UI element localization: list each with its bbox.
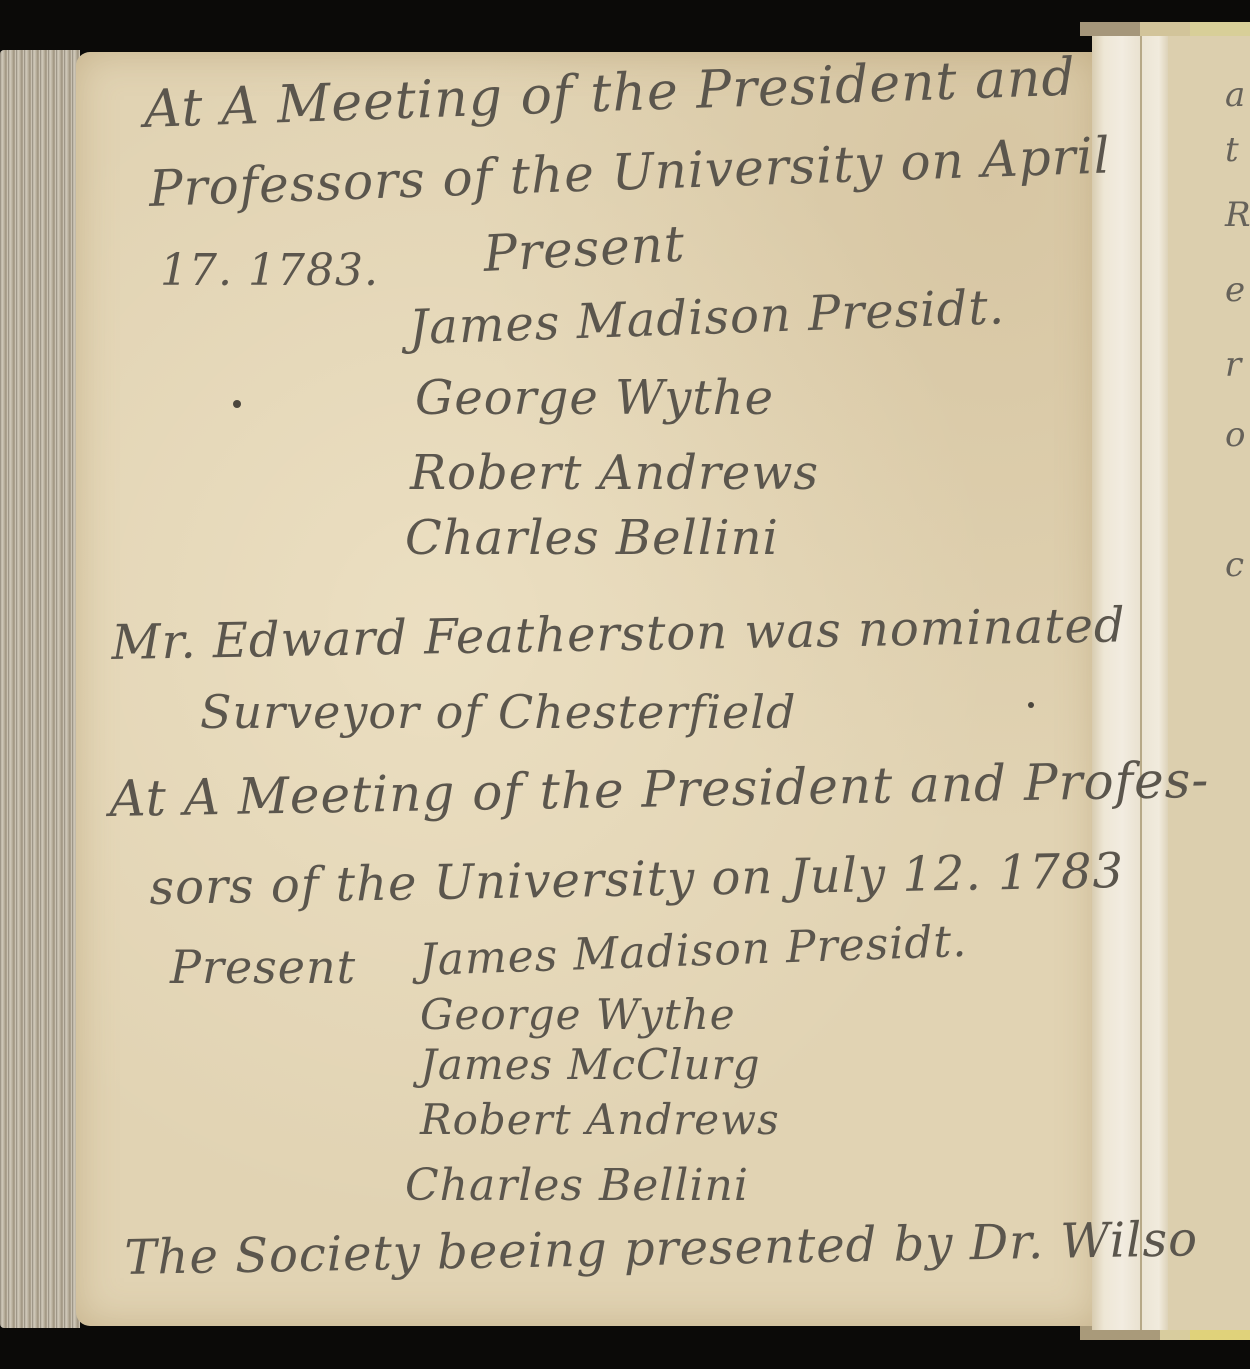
entry1-resolution-line2: Surveyor of Chesterfield bbox=[200, 685, 796, 739]
page-stack-edge bbox=[0, 50, 80, 1328]
entry1-attendee-wythe: George Wythe bbox=[415, 370, 774, 426]
entry2-attendee-bellini: Charles Bellini bbox=[405, 1160, 749, 1211]
entry2-attendee-andrews: Robert Andrews bbox=[420, 1095, 780, 1144]
gutter-strip bbox=[1142, 36, 1170, 1330]
entry2-attendee-mcclurg: James McClurg bbox=[420, 1040, 761, 1089]
spine-top-binding bbox=[1080, 22, 1250, 36]
entry2-present-label: Present bbox=[170, 940, 356, 994]
entry1-attendee-andrews: Robert Andrews bbox=[410, 445, 819, 501]
entry1-present-label: Present bbox=[482, 215, 686, 283]
facing-page-fragment: e bbox=[1225, 270, 1245, 310]
entry1-heading-line3: 17. 1783. bbox=[160, 245, 379, 296]
facing-page-fragment: R bbox=[1225, 195, 1250, 235]
entry1-attendee-bellini: Charles Bellini bbox=[405, 510, 779, 566]
facing-page-fragment: r bbox=[1225, 345, 1241, 385]
facing-page-fragment: t bbox=[1225, 130, 1239, 170]
ink-speck bbox=[233, 400, 241, 408]
facing-page-fragment: o bbox=[1225, 415, 1245, 455]
facing-page-fragment: c bbox=[1225, 545, 1244, 585]
facing-page-fragment: a bbox=[1225, 75, 1245, 115]
entry2-attendee-wythe: George Wythe bbox=[420, 990, 736, 1039]
ink-speck bbox=[1028, 702, 1034, 708]
